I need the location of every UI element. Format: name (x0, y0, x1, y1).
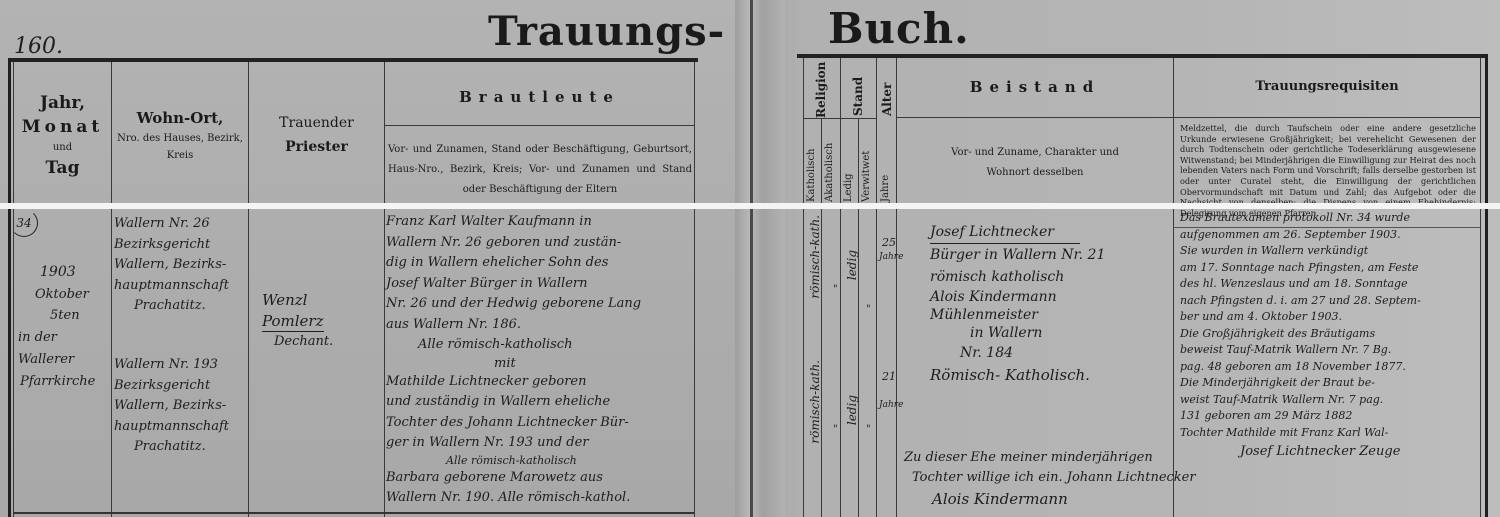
requisites-line: Tochter Mathilde mit Franz Karl Wal- (1180, 425, 1480, 442)
col-divider (840, 58, 841, 517)
header-date-month: Monat (22, 115, 103, 139)
couple-line: Josef Walter Bürger in Wallern (386, 274, 692, 295)
header-religion: Religion (814, 62, 828, 118)
book-title-right: Buch. (828, 4, 970, 53)
couple-line: Barbara geborene Marowetz aus (386, 468, 692, 489)
header-couple: Brautleute (385, 82, 694, 112)
status-bride: ledig (845, 395, 859, 425)
groom-residence-line: Bezirksgericht (114, 235, 229, 256)
header-requisites-title: Trauungsrequisiten (1255, 75, 1398, 99)
row-divider (804, 118, 876, 119)
requisites-line: pag. 48 geboren am 18 November 1877. (1180, 359, 1480, 376)
witness-line: Römisch- Katholisch. (930, 364, 1170, 386)
couple-line: Wallern Nr. 190. Alle römisch-kathol. (386, 488, 692, 509)
col-divider (876, 58, 877, 517)
header-couple-title: Brautleute (459, 88, 620, 106)
header-status: Stand (851, 66, 865, 116)
couple-line: Mathilde Lichtnecker geboren (386, 372, 692, 393)
bride-residence: Wallern Nr. 193 Bezirksgericht Wallern, … (114, 355, 229, 458)
gutter-line (750, 0, 753, 517)
groom-residence-line: Wallern, Bezirks- (114, 255, 229, 276)
witness-line: Alois Kindermann (930, 288, 1170, 306)
couple-line: aus Wallern Nr. 186. (386, 315, 692, 336)
couple-entry: Franz Karl Walter Kaufmann in Wallern Nr… (386, 212, 692, 509)
header-priest-line2: Priester (285, 135, 348, 159)
consent-line: Tochter willige ich ein. Johann Lichtnec… (912, 468, 1196, 488)
age-groom-unit: Jahre (879, 250, 903, 264)
couple-line: Nr. 26 und der Hedwig geborene Lang (386, 294, 692, 315)
book-gutter (735, 0, 785, 517)
requisites-line: aufgenommen am 26. September 1903. (1180, 227, 1480, 244)
header-priest: Trauender Priester (249, 105, 384, 165)
requisites-line: ber und am 4. Oktober 1903. (1180, 309, 1480, 326)
groom-residence-line: hauptmannschaft (114, 276, 229, 297)
witness-line: Josef Lichtnecker (930, 222, 1080, 244)
entry-number-text: 34 (16, 216, 31, 230)
couple-line: Franz Karl Walter Kaufmann in (386, 212, 692, 233)
subcol-divider (858, 118, 859, 517)
witness-line: in Wallern (970, 324, 1210, 342)
scan-separator-band (0, 203, 1500, 209)
couple-line: dig in Wallern ehelicher Sohn des (386, 253, 692, 274)
consent-signature: Alois Kindermann (932, 488, 1216, 510)
bride-residence-line: Wallern, Bezirks- (114, 396, 229, 417)
requisites-line: des hl. Wenzeslaus und am 18. Sonntage (1180, 276, 1480, 293)
parental-consent: Zu dieser Ehe meiner minderjährigen Toch… (904, 448, 1188, 510)
row-divider (385, 125, 694, 126)
header-date-year: Jahr, (40, 91, 85, 115)
couple-line: Tochter des Johann Lichtnecker Bür- (386, 413, 692, 434)
ditto-mark: " (866, 300, 871, 321)
requisites-line: Das Brautexamen protokoll Nr. 34 wurde (1180, 210, 1480, 227)
groom-residence: Wallern Nr. 26 Bezirksgericht Wallern, B… (114, 214, 229, 317)
entry-year: 1903 (40, 262, 76, 283)
ditto-mark: " (833, 280, 838, 301)
header-status-widowed: Verwitwet (861, 150, 872, 202)
header-date-and: und (53, 139, 72, 156)
couple-line: ger in Wallern Nr. 193 und der (386, 433, 692, 454)
requisites-line: weist Tauf-Matrik Wallern Nr. 7 pag. (1180, 392, 1480, 409)
religion-groom: römisch-kath. (808, 215, 822, 299)
priest-title: Dechant. (274, 332, 336, 353)
bride-residence-line: Wallern Nr. 193 (114, 355, 229, 376)
header-residence-title: Wohn-Ort, (137, 106, 224, 130)
status-groom: ledig (845, 250, 859, 280)
witness-entry: Josef Lichtnecker Bürger in Wallern Nr. … (930, 222, 1170, 386)
priest-firstname: Wenzl (262, 290, 324, 311)
col-divider (384, 62, 385, 517)
groom-residence-line: Prachatitz. (134, 296, 249, 317)
header-residence-sub1: Nro. des Hauses, Bezirk, (117, 130, 243, 147)
col-divider (896, 58, 897, 517)
header-residence-sub2: Kreis (167, 147, 194, 164)
entry-place-3: Pfarrkirche (20, 372, 95, 393)
age-bride: 21 (882, 370, 896, 384)
age-groom: 25 (882, 236, 896, 250)
officiating-priest: Wenzl Pomlerz Dechant. (262, 290, 324, 353)
witness-line: römisch katholisch (930, 266, 1170, 288)
bride-residence-line: Bezirksgericht (114, 376, 229, 397)
header-witness-title: Beistand (970, 78, 1100, 96)
header-age: Alter (880, 66, 894, 116)
requisites-entry: Das Brautexamen protokoll Nr. 34 wurde a… (1180, 210, 1480, 463)
row-divider (897, 117, 1480, 118)
entry-day: 5ten (50, 306, 80, 327)
entry-place-2: Wallerer (18, 350, 74, 371)
couple-connector: mit (494, 356, 800, 372)
requisites-line: beweist Tauf-Matrik Wallern Nr. 7 Bg. (1180, 342, 1480, 359)
age-bride-unit: Jahre (879, 398, 903, 412)
bottom-rule (13, 512, 694, 514)
subcol-divider (821, 118, 822, 517)
ditto-mark: " (866, 420, 871, 441)
couple-line: Alle römisch-katholisch (418, 335, 724, 356)
religion-bride: römisch-kath. (808, 360, 822, 444)
header-witness-line2: Wohnort desselben (987, 163, 1084, 183)
witness-signature: Josef Lichtnecker Zeuge (1240, 441, 1500, 463)
groom-residence-line: Wallern Nr. 26 (114, 214, 229, 235)
couple-line: und zuständig in Wallern eheliche (386, 392, 692, 413)
priest-surname: Pomlerz (262, 311, 324, 333)
couple-line: Alle römisch-katholisch (446, 454, 752, 468)
header-witness-line1: Vor- und Zuname, Charakter und (951, 143, 1119, 163)
entry-month: Oktober (35, 285, 89, 306)
entry-number: 34 (10, 209, 38, 237)
left-frame-edge (8, 58, 11, 517)
col-divider (803, 58, 804, 517)
witness-line: Bürger in Wallern Nr. 21 (930, 244, 1170, 266)
requisites-line: Die Minderjährigkeit der Braut be- (1180, 375, 1480, 392)
book-title-left: Trauungs- (488, 8, 725, 55)
page-number: 160. (14, 34, 63, 59)
requisites-line: Die Großjährigkeit des Bräutigams (1180, 326, 1480, 343)
requisites-line: am 17. Sonntage nach Pfingsten, am Feste (1180, 260, 1480, 277)
header-age-years: Jahre (880, 170, 891, 202)
consent-line: Zu dieser Ehe meiner minderjährigen (904, 448, 1188, 468)
requisites-line: Sie wurden in Wallern verkündigt (1180, 243, 1480, 260)
requisites-line: 131 geboren am 29 März 1882 (1180, 408, 1480, 425)
header-priest-line1: Trauender (279, 111, 354, 135)
header-date: Jahr, Monat und Tag (14, 80, 111, 190)
header-religion-noncatholic: Akatholisch (824, 140, 835, 202)
ditto-mark: " (833, 420, 838, 441)
witness-line: Nr. 184 (960, 342, 1200, 364)
entry-place-1: in der (18, 328, 57, 349)
witness-line: Mühlenmeister (930, 306, 1170, 324)
header-witness-desc: Vor- und Zuname, Charakter und Wohnort d… (897, 138, 1173, 188)
header-requisites: Trauungsrequisiten (1174, 72, 1480, 102)
header-religion-catholic: Katholisch (806, 140, 817, 202)
bride-residence-line: hauptmannschaft (114, 417, 229, 438)
col-divider (694, 62, 695, 517)
header-status-single: Ledig (843, 170, 854, 202)
header-date-day: Tag (46, 156, 80, 180)
couple-line: Wallern Nr. 26 geboren und zustän- (386, 233, 692, 254)
header-couple-description: Vor- und Zunamen, Stand oder Beschäftigu… (388, 140, 692, 200)
header-witness: Beistand (897, 72, 1173, 102)
right-frame-top (797, 54, 1488, 58)
header-residence: Wohn-Ort, Nro. des Hauses, Bezirk, Kreis (112, 100, 248, 170)
requisites-line: nach Pfingsten d. i. am 27 und 28. Septe… (1180, 293, 1480, 310)
bride-residence-line: Prachatitz. (134, 437, 249, 458)
